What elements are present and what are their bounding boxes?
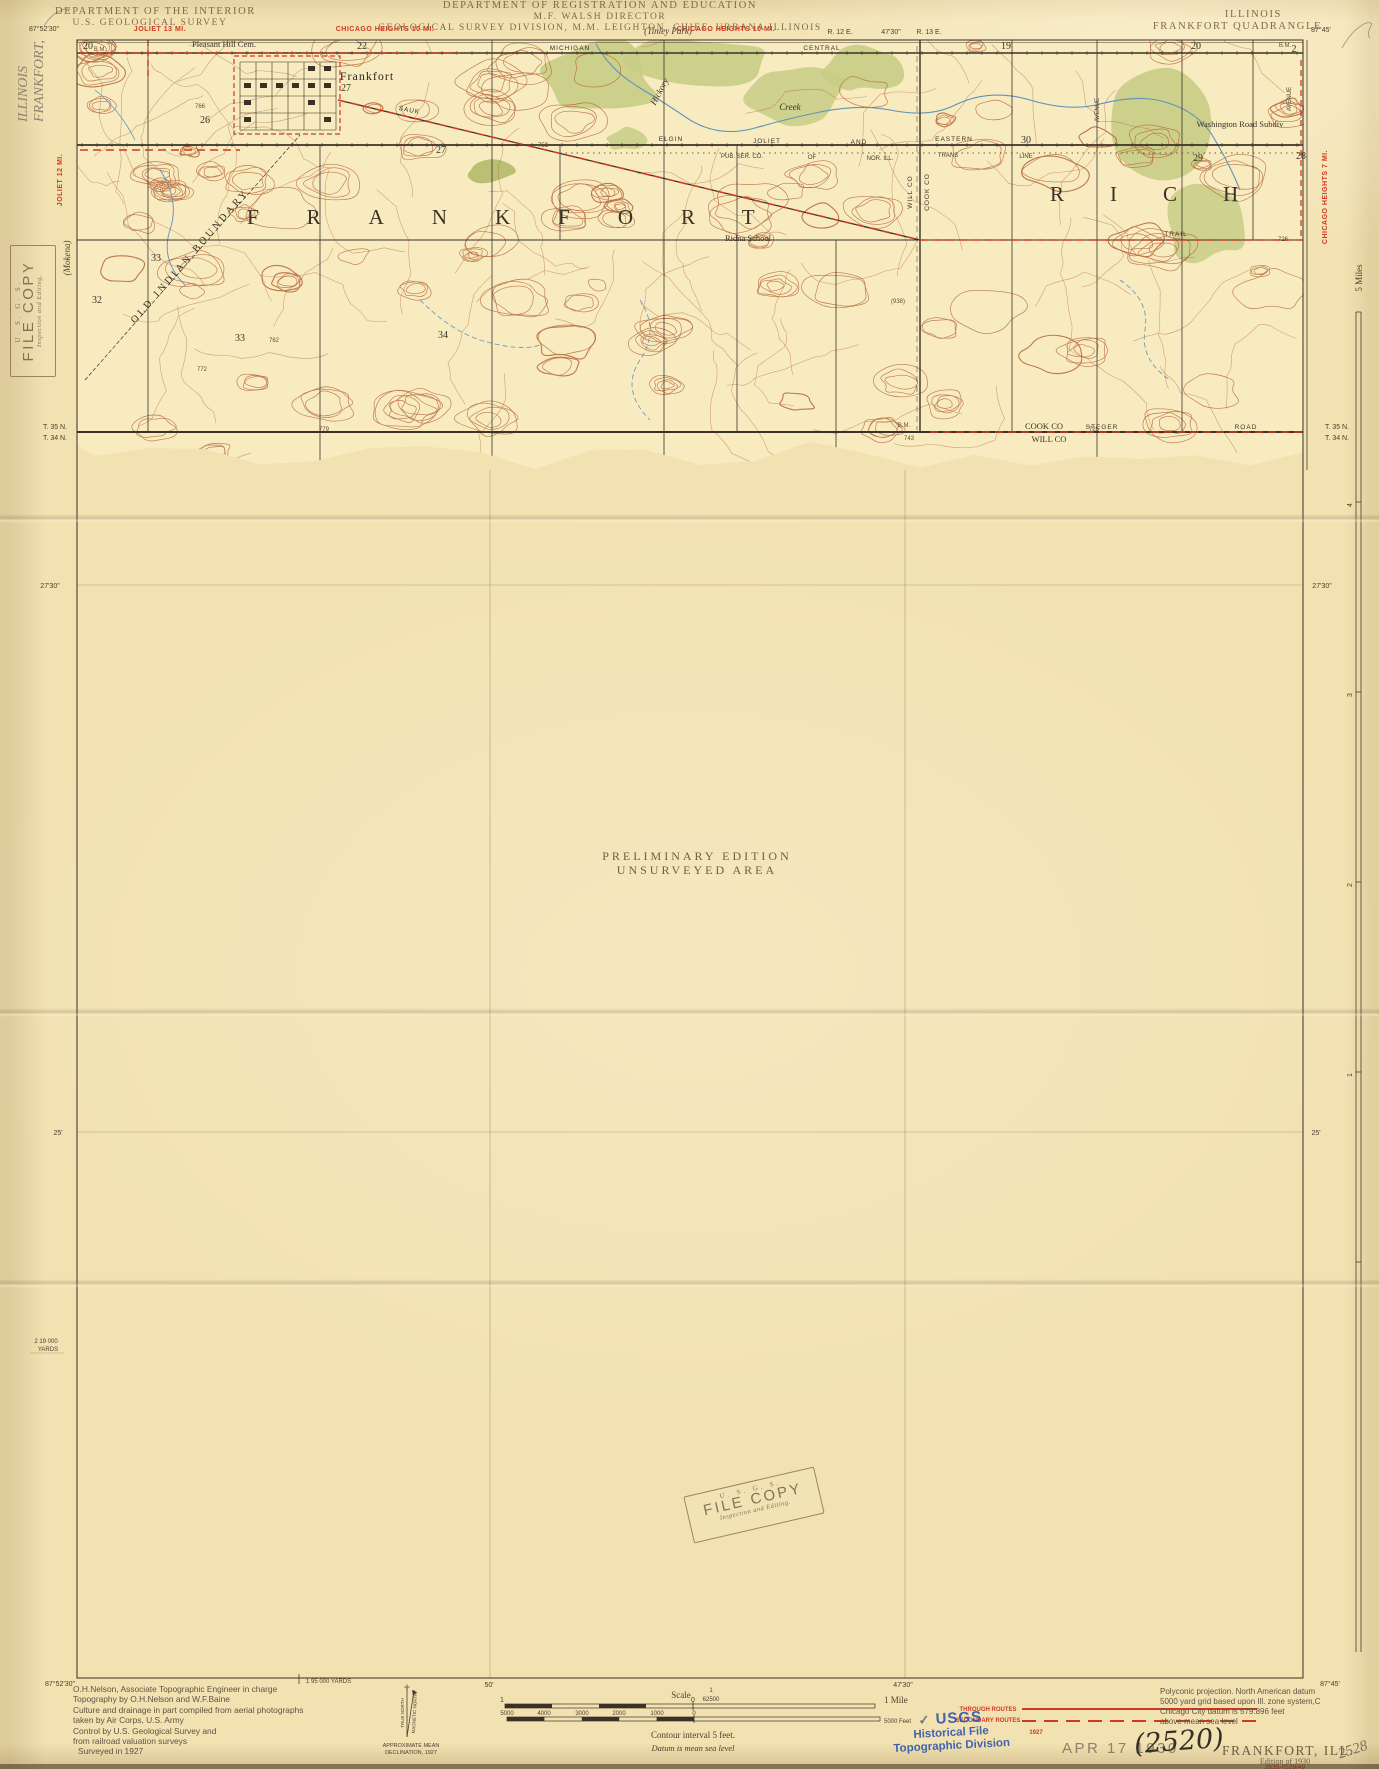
margin-label: T. 34 N. [43, 435, 67, 442]
map-label: 753 [538, 143, 549, 149]
map-label: AVENUE [1287, 87, 1293, 111]
map-label: 34 [438, 330, 448, 341]
usgs-historical-file-stamp: ✓ USGS Historical File Topographic Divis… [885, 1707, 1017, 1757]
map-label: FRANKFORT [247, 205, 803, 229]
margin-label: 1 [709, 1688, 713, 1694]
agency-line: DEPARTMENT OF REGISTRATION AND EDUCATION [330, 0, 870, 12]
map-label: PUB. SER. CO. [721, 154, 763, 160]
margin-label: T. 35 N. [1325, 424, 1349, 431]
map-label: Frankfort [340, 69, 394, 83]
pencil-check: ✓ [918, 1712, 931, 1728]
credit-line: taken by Air Corps, U.S. Army [73, 1715, 303, 1725]
handwritten-state: ILLINOIS [16, 0, 32, 122]
map-label: 725 [1089, 427, 1100, 433]
margin-label: 2000 [612, 1711, 626, 1717]
header-left: DEPARTMENT OF THE INTERIOR U.S. GEOLOGIC… [55, 6, 245, 29]
handwritten-number: (2520) [1133, 1723, 1225, 1760]
map-label: 726 [1278, 237, 1289, 243]
map-label: ELGIN [659, 136, 684, 143]
map-label: AVENUE [1095, 98, 1101, 122]
margin-label: 47'30" [893, 1682, 913, 1689]
map-label: LINE [1019, 154, 1032, 160]
margin-label: CHICAGO HEIGHTS 7 MI. [1322, 150, 1329, 244]
credit-line: Surveyed in 1927 [73, 1746, 303, 1756]
map-label: 762 [269, 338, 280, 344]
file-copy-stamp-left: U. S. G. S. FILE COPY Inspection and Edi… [10, 245, 56, 377]
map-label: 779 [319, 427, 330, 433]
margin-label: MAGNETIC NORTH [411, 1692, 418, 1733]
surveyed-band [41, 0, 1313, 491]
map-label: JOLIET [753, 138, 781, 145]
margin-label: 3000 [575, 1711, 589, 1717]
header-center: DEPARTMENT OF REGISTRATION AND EDUCATION… [330, 0, 870, 35]
margin-label: 1 [500, 1697, 504, 1704]
margin-label: (Mokena) [62, 241, 72, 276]
margin-label: 0 [692, 1711, 696, 1717]
agency-line: DEPARTMENT OF THE INTERIOR [55, 6, 245, 18]
map-label: 30 [1021, 135, 1031, 146]
map-label: 19 [1001, 41, 1011, 52]
map-label: WILL CO [907, 175, 914, 209]
margin-label: DECLINATION, 1927 [385, 1750, 437, 1756]
margin-label: R. 13 E. [916, 29, 941, 36]
agency-line: U.S. GEOLOGICAL SURVEY [55, 18, 245, 30]
map-label: EASTERN [935, 136, 973, 143]
margin-label: Scale [671, 1690, 691, 1700]
map-label: B.M. [898, 423, 911, 429]
credit-line: Control by U.S. Geological Survey and [73, 1726, 303, 1736]
map-label: B.M. [1279, 43, 1292, 49]
margin-label: 4000 [537, 1711, 551, 1717]
projection-line: Polyconic projection. North American dat… [1160, 1687, 1321, 1697]
margin-label: 5 Miles [1354, 264, 1364, 292]
margin-label: 5000 [500, 1711, 514, 1717]
map-label: 27 [341, 83, 351, 94]
margin-label: 0 [691, 1697, 695, 1704]
map-label: 2 [1292, 44, 1297, 55]
margin-label: 47'30" [881, 29, 901, 36]
margin-label: YARDS [38, 1347, 58, 1353]
map-label: 772 [197, 367, 208, 373]
map-label: 26 [200, 115, 210, 126]
agency-line: M.F. WALSH DIRECTOR [330, 12, 870, 24]
margin-label: TRUE NORTH [400, 1698, 405, 1727]
map-label: TRANS [938, 153, 958, 159]
margin-label: T. 34 N. [1325, 435, 1349, 442]
margin-label: 2 19 000 [34, 1339, 58, 1345]
map-label: 29 [1193, 153, 1203, 164]
map-label: MICHIGAN [550, 45, 591, 52]
map-label: 32 [92, 295, 102, 306]
survey-credits: O.H.Nelson, Associate Topographic Engine… [73, 1684, 303, 1757]
agency-line: GEOLOGICAL SURVEY DIVISION, M.M. LEIGHTO… [330, 23, 870, 35]
map-label: 28 [1296, 151, 1306, 162]
preliminary-note: PRELIMINARY EDITION UNSURVEYED AREA [537, 849, 857, 877]
margin-label: 87°52'30" [45, 1680, 75, 1688]
credit-line: O.H.Nelson, Associate Topographic Engine… [73, 1684, 303, 1694]
margin-label: JOLIET 12 MI. [57, 154, 64, 206]
map-label: Pleasant Hill Cem. [192, 39, 256, 49]
margin-label: T. 35 N. [43, 424, 67, 431]
map-label: 33 [235, 333, 245, 344]
handwritten-quad: FRANKFORT, [32, 0, 48, 122]
margin-label: 1 [1347, 1073, 1354, 1077]
stamp-line: FILE COPY [22, 246, 36, 376]
map-label: 27 [436, 145, 446, 156]
map-label: 766 [195, 104, 206, 110]
margin-label: 25' [53, 1130, 62, 1137]
map-label: NOR. ILL. [867, 156, 894, 162]
margin-label: Contour interval 5 feet. [651, 1730, 735, 1740]
map-label: Ridna School [725, 233, 772, 243]
map-label: RICH [1050, 182, 1284, 206]
projection-line: Chicago City datum is 579.896 feet [1160, 1707, 1321, 1717]
state-label: ILLINOIS [1092, 9, 1322, 21]
margin-label: 50' [484, 1682, 493, 1689]
margin-label: 27'30" [1312, 583, 1332, 590]
margin-label: 4 [1347, 503, 1354, 507]
margin-label: 1927 [1029, 1730, 1043, 1736]
quadrangle-title: FRANKFORT QUADRANGLE [1092, 21, 1322, 33]
map-label: (938) [891, 299, 905, 305]
map-label: ROAD [1235, 424, 1258, 431]
preliminary-line: PRELIMINARY EDITION [537, 849, 857, 863]
map-label: AND [851, 139, 868, 146]
map-label: OF [808, 155, 817, 161]
scan-edge [0, 1764, 1379, 1769]
map-label: 20 [1191, 41, 1201, 52]
stamp-line: Inspection and Editing. [36, 246, 43, 376]
credit-line: Culture and drainage in part compiled fr… [73, 1705, 303, 1715]
projection-note: Polyconic projection. North American dat… [1160, 1687, 1321, 1727]
map-label: 33 [151, 253, 161, 264]
margin-label: Datum is mean sea level [650, 1743, 735, 1753]
left-handwriting: ILLINOIS FRANKFORT, [16, 0, 48, 122]
margin-label: APPROXIMATE MEAN [383, 1743, 440, 1749]
margin-label: 1000 [650, 1711, 664, 1717]
map-label: 743 [904, 436, 915, 442]
header-right: ILLINOIS FRANKFORT QUADRANGLE [1092, 9, 1322, 32]
map-label: Washington Road Subdiv [1197, 119, 1284, 129]
map-label: B.M. [94, 47, 107, 53]
margin-label: 25' [1311, 1130, 1320, 1137]
map-label: COOK CO [924, 173, 931, 211]
map-label: COOK CO [1025, 421, 1063, 431]
credit-line: from railroad valuation surveys [73, 1736, 303, 1746]
preliminary-line: UNSURVEYED AREA [537, 863, 857, 877]
margin-label: 87°45' [1320, 1680, 1340, 1688]
map-label: WILL CO [1032, 434, 1067, 444]
map-label: Creek [779, 102, 801, 112]
margin-label: 1 95 000 YARDS [306, 1679, 351, 1685]
map-label: 22 [357, 41, 367, 52]
map-label: CENTRAL [803, 45, 840, 52]
credit-line: Topography by O.H.Nelson and W.F.Baine [73, 1694, 303, 1704]
projection-line: 5000 yard grid based upon Ill. zone syst… [1160, 1697, 1321, 1707]
margin-label: 27'30" [40, 583, 60, 590]
margin-label: 62500 [703, 1697, 720, 1703]
margin-label: 2 [1347, 883, 1354, 887]
map-sheet: Pleasant Hill Cem.FrankfortFRANKFORTRICH… [0, 0, 1379, 1769]
margin-label: 3 [1347, 693, 1354, 697]
margin-label: 1 Mile [884, 1695, 908, 1705]
map-label: 20 [83, 41, 93, 52]
map-label: TRAIL [1164, 231, 1187, 238]
